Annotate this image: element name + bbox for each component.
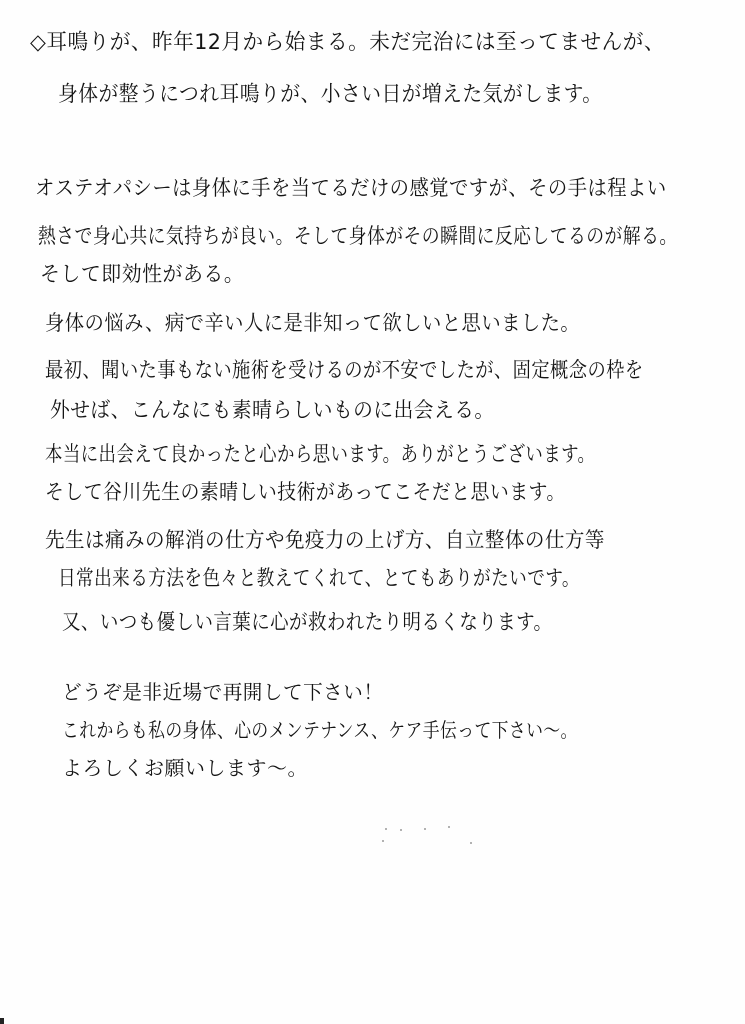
- scan-speck: [470, 842, 472, 844]
- letter-line-1: ◇耳鳴りが、昨年12月から始まる。未だ完治には至ってませんが、: [30, 28, 665, 58]
- letter-line-10: そして谷川先生の素晴しい技術があってこそだと思います。: [45, 477, 566, 507]
- letter-line-5: そして即効性がある。: [40, 259, 244, 289]
- letter-line-16: よろしくお願いします〜。: [62, 753, 308, 783]
- letter-line-6: 身体の悩み、病で辛い人に是非知って欲しいと思いました。: [45, 308, 580, 338]
- letter-line-9: 本当に出会えて良かったと心から思います。ありがとうございます。: [45, 439, 595, 469]
- scan-speck: [448, 826, 450, 828]
- letter-line-11: 先生は痛みの解消の仕方や免疫力の上げ方、自立整体の仕方等: [45, 525, 605, 555]
- letter-line-4: 熱さで身心共に気持ちが良い。そして身体がその瞬間に反応してるのが解る。: [38, 221, 678, 251]
- scan-speck: [400, 829, 402, 831]
- letter-line-15: これからも私の身体、心のメンテナンス、ケア手伝って下さい〜。: [62, 715, 578, 745]
- letter-line-7: 最初、聞いた事もない施術を受けるのが不安でしたが、固定概念の枠を: [45, 355, 644, 385]
- scan-speck: [385, 828, 387, 830]
- scan-speck: [382, 840, 384, 842]
- letter-line-12: 日常出来る方法を色々と教えてくれて、とてもありがたいです。: [58, 563, 580, 593]
- scan-edge-mark: [0, 1018, 4, 1024]
- letter-line-3: オステオパシーは身体に手を当てるだけの感覚ですが、その手は程よい: [35, 173, 667, 203]
- letter-page: ◇耳鳴りが、昨年12月から始まる。未だ完治には至ってませんが、 身体が整うにつれ…: [0, 0, 745, 1024]
- letter-line-13: 又、いつも優しい言葉に心が救われたり明るくなります。: [62, 607, 552, 637]
- letter-line-8: 外せば、こんなにも素晴らしいものに出会える。: [50, 395, 495, 425]
- letter-line-2: 身体が整うにつれ耳鳴りが、小さい日が増えた気がします。: [58, 80, 603, 110]
- letter-line-14: どうぞ是非近場で再開して下さい！: [62, 677, 383, 707]
- scan-speck: [424, 828, 426, 830]
